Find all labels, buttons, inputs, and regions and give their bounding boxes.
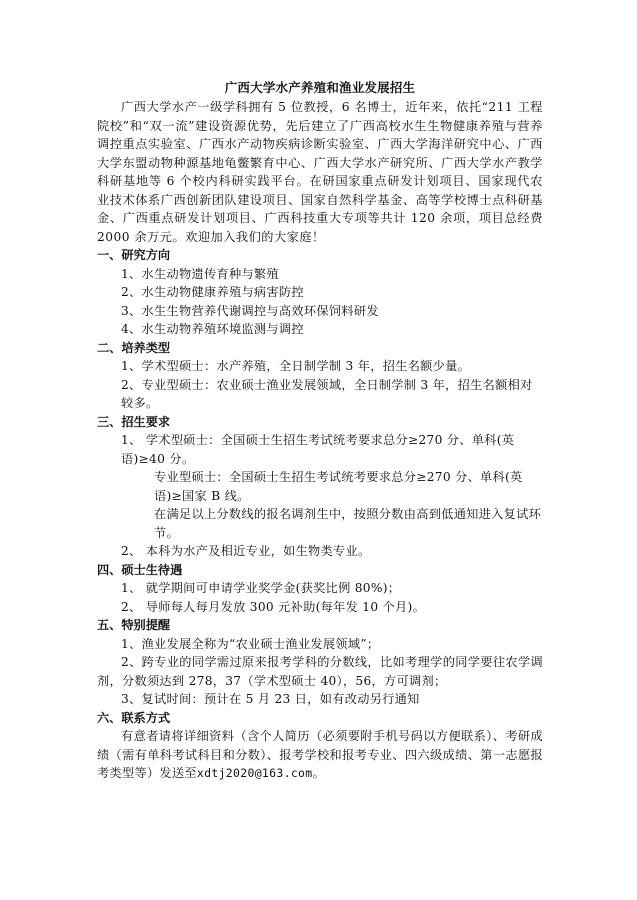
list-item: 2、水生动物健康养殖与病害防控 bbox=[97, 283, 543, 302]
list-item: 1、学术型硕士：水产养殖，全日制学制 3 年，招生名额少量。 bbox=[97, 357, 543, 376]
list-item: 1、 就学期间可申请学业奖学金(获奖比例 80%)； bbox=[97, 579, 543, 598]
section-heading: 六、联系方式 bbox=[97, 709, 543, 728]
list-item: 1、 学术型硕士：全国硕士生招生考试统考要求总分≥270 分、单科(英语)≥40… bbox=[97, 431, 543, 468]
section-student-benefits: 四、硕士生待遇 1、 就学期间可申请学业奖学金(获奖比例 80%)； 2、 导师… bbox=[97, 561, 543, 617]
list-item: 3、水生生物营养代谢调控与高效环保饲料研发 bbox=[97, 302, 543, 321]
list-item: 3、复试时间：预计在 5 月 23 日，如有改动另行通知 bbox=[97, 690, 543, 709]
list-item-continuation: 专业型硕士：全国硕士生招生考试统考要求总分≥270 分、单科(英语)≥国家 B … bbox=[97, 468, 543, 505]
list-item: 1、水生动物遗传育种与繁殖 bbox=[97, 265, 543, 284]
section-heading: 五、特别提醒 bbox=[97, 616, 543, 635]
contact-email[interactable]: xdtj2020@163.com bbox=[197, 766, 313, 780]
document-page: 广西大学水产养殖和渔业发展招生 广西大学水产一级学科拥有 5 位教授，6 名博士… bbox=[97, 78, 543, 783]
section-contact: 六、联系方式 有意者请将详细资料（含个人简历（必须要附手机号码以方便联系）、考研… bbox=[97, 709, 543, 783]
list-item: 1、渔业发展全称为“农业硕士渔业发展领域”； bbox=[97, 635, 543, 654]
section-research-directions: 一、研究方向 1、水生动物遗传育种与繁殖 2、水生动物健康养殖与病害防控 3、水… bbox=[97, 246, 543, 339]
contact-paragraph: 有意者请将详细资料（含个人简历（必须要附手机号码以方便联系）、考研成绩（需有单科… bbox=[97, 727, 543, 783]
document-title: 广西大学水产养殖和渔业发展招生 bbox=[97, 78, 543, 98]
list-item: 2、专业型硕士：农业硕士渔业发展领域，全日制学制 3 年，招生名额相对较多。 bbox=[97, 376, 543, 413]
list-item: 2、 导师每人每月发放 300 元补助(每年发 10 个月)。 bbox=[97, 598, 543, 617]
list-item: 4、水生动物养殖环境监测与调控 bbox=[97, 320, 543, 339]
section-heading: 三、招生要求 bbox=[97, 413, 543, 432]
list-item: 2、 本科为水产及相近专业，如生物类专业。 bbox=[97, 542, 543, 561]
section-special-reminders: 五、特别提醒 1、渔业发展全称为“农业硕士渔业发展领域”； 2、跨专业的同学需过… bbox=[97, 616, 543, 709]
section-admission-requirements: 三、招生要求 1、 学术型硕士：全国硕士生招生考试统考要求总分≥270 分、单科… bbox=[97, 413, 543, 561]
section-heading: 二、培养类型 bbox=[97, 339, 543, 358]
section-heading: 四、硕士生待遇 bbox=[97, 561, 543, 580]
section-training-types: 二、培养类型 1、学术型硕士：水产养殖，全日制学制 3 年，招生名额少量。 2、… bbox=[97, 339, 543, 413]
list-item-continuation: 在满足以上分数线的报名调剂生中，按照分数由高到低通知进入复试环节。 bbox=[97, 505, 543, 542]
contact-email-suffix: 。 bbox=[312, 766, 325, 780]
intro-paragraph: 广西大学水产一级学科拥有 5 位教授，6 名博士，近年来，依托“211 工程院校… bbox=[97, 98, 543, 246]
section-heading: 一、研究方向 bbox=[97, 246, 543, 265]
list-item: 2、跨专业的同学需过原来报考学科的分数线，比如考理学的同学要往农学调剂，分数须达… bbox=[97, 653, 543, 690]
